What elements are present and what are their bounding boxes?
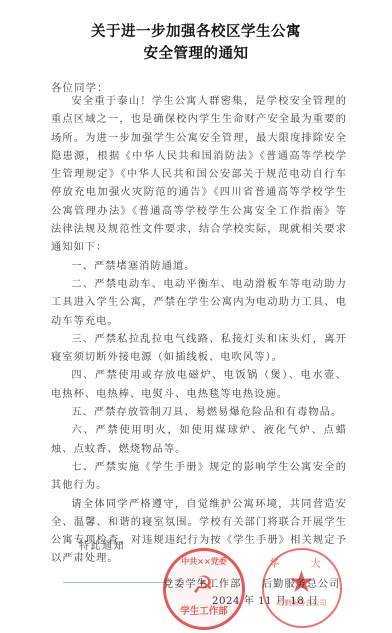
paragraph-item-3: 三、严禁私拉乱拉电气线路、私接灯头和床头灯，离开寝室须切断外接电源（如插线板、电… — [51, 331, 347, 368]
paragraph-intro: 安全重于泰山！学生公寓人群密集，是学校安全管理的重点区域之一，也是确保校内学生生… — [51, 93, 347, 258]
signer-logistics: 后勤服务总公司 — [262, 575, 340, 590]
signer-student-affairs: 党委学生工作部 — [163, 575, 241, 590]
seal-ring-text: 中共××党委 — [166, 556, 242, 567]
signature-divider — [63, 582, 173, 583]
document-body: 安全重于泰山！学生公寓人群密集，是学校安全管理的重点区域之一，也是确保校内学生生… — [51, 93, 347, 569]
paragraph-item-4: 四、严禁使用或存放电磁炉、电饭锅（煲）、电水壶、电热杯、电热棒、电熨斗、电热毯等… — [51, 367, 347, 404]
paragraph-item-7: 七、严禁实施《学生手册》规定的影响学生公寓安全的其他行为。 — [51, 459, 347, 496]
document-title-line-1: 关于进一步加强各校区学生公寓 — [0, 20, 392, 41]
paragraph-item-2: 二、严禁电动车、电动平衡车、电动滑板车等电动助力工具进入学生公寓，严禁在学生公寓… — [51, 276, 347, 331]
paragraph-item-1: 一、严禁堵塞消防通道。 — [51, 258, 347, 276]
closing-remark: 特此通知 — [79, 537, 125, 552]
paragraph-item-5: 五、严禁存放管制刀具、易燃易爆危险品和有毒物品。 — [51, 404, 347, 422]
document-date: 2024 年 11 月 18 日 — [212, 592, 319, 607]
document-title-line-2: 安全管理的通知 — [0, 42, 392, 63]
paragraph-item-6: 六、严禁使用明火，如使用煤球炉、液化气炉、点蜡烛、点蚊香、燃烧物品等。 — [51, 422, 347, 459]
